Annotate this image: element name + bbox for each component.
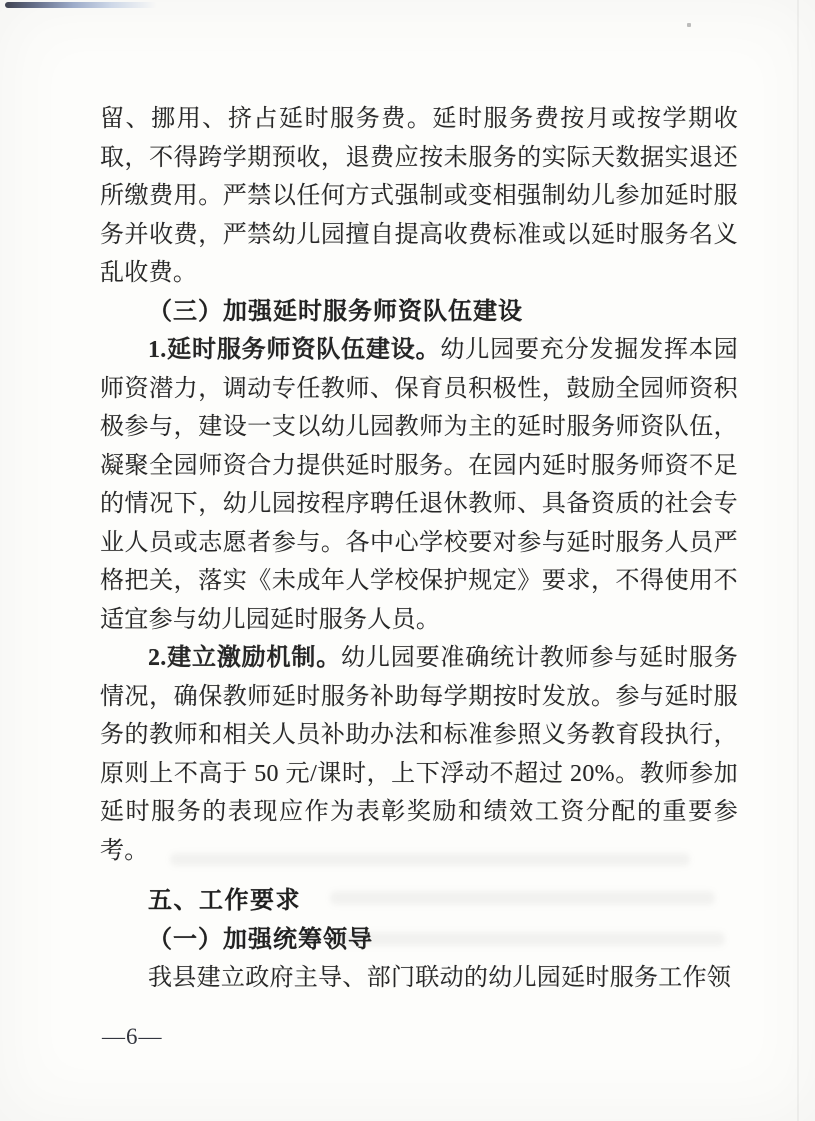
scan-artifact-speck (687, 23, 691, 27)
section-heading-5-work-requirements: 五、工作要求 (100, 882, 738, 921)
document-page: 留、挪用、挤占延时服务费。延时服务费按月或按学期收取，不得跨学期预收，退费应按未… (0, 0, 815, 1121)
paragraph-county-leadership: 我县建立政府主导、部门联动的幼儿园延时服务工作领 (100, 959, 738, 998)
scan-artifact-top-left-streak (5, 2, 157, 8)
scan-artifact-right-edge-line (797, 0, 799, 1121)
item1-body-text: 幼儿园要充分发掘发挥本园师资潜力，调动专任教师、保育员积极性，鼓励全园师资积极参… (100, 337, 738, 633)
page-number: —6— (102, 1022, 163, 1052)
section-heading-3-teacher-team: （三）加强延时服务师资队伍建设 (100, 293, 738, 332)
subsection-heading-5-1-leadership: （一）加强统筹领导 (100, 921, 738, 960)
paragraph-item2-incentive: 2.建立激励机制。幼儿园要准确统计教师参与延时服务情况，确保教师延时服务补助每学… (100, 639, 738, 870)
document-body: 留、挪用、挤占延时服务费。延时服务费按月或按学期收取，不得跨学期预收，退费应按未… (100, 100, 738, 998)
paragraph-fee-management-continuation: 留、挪用、挤占延时服务费。延时服务费按月或按学期收取，不得跨学期预收，退费应按未… (100, 100, 738, 293)
item2-body-text: 幼儿园要准确统计教师参与延时服务情况，确保教师延时服务补助每学期按时发放。参与延… (100, 645, 738, 864)
item2-lead-label: 2.建立激励机制。 (148, 645, 341, 671)
item1-lead-label: 1.延时服务师资队伍建设。 (148, 337, 440, 363)
paragraph-item1-teacher-team: 1.延时服务师资队伍建设。幼儿园要充分发掘发挥本园师资潜力，调动专任教师、保育员… (100, 331, 738, 639)
